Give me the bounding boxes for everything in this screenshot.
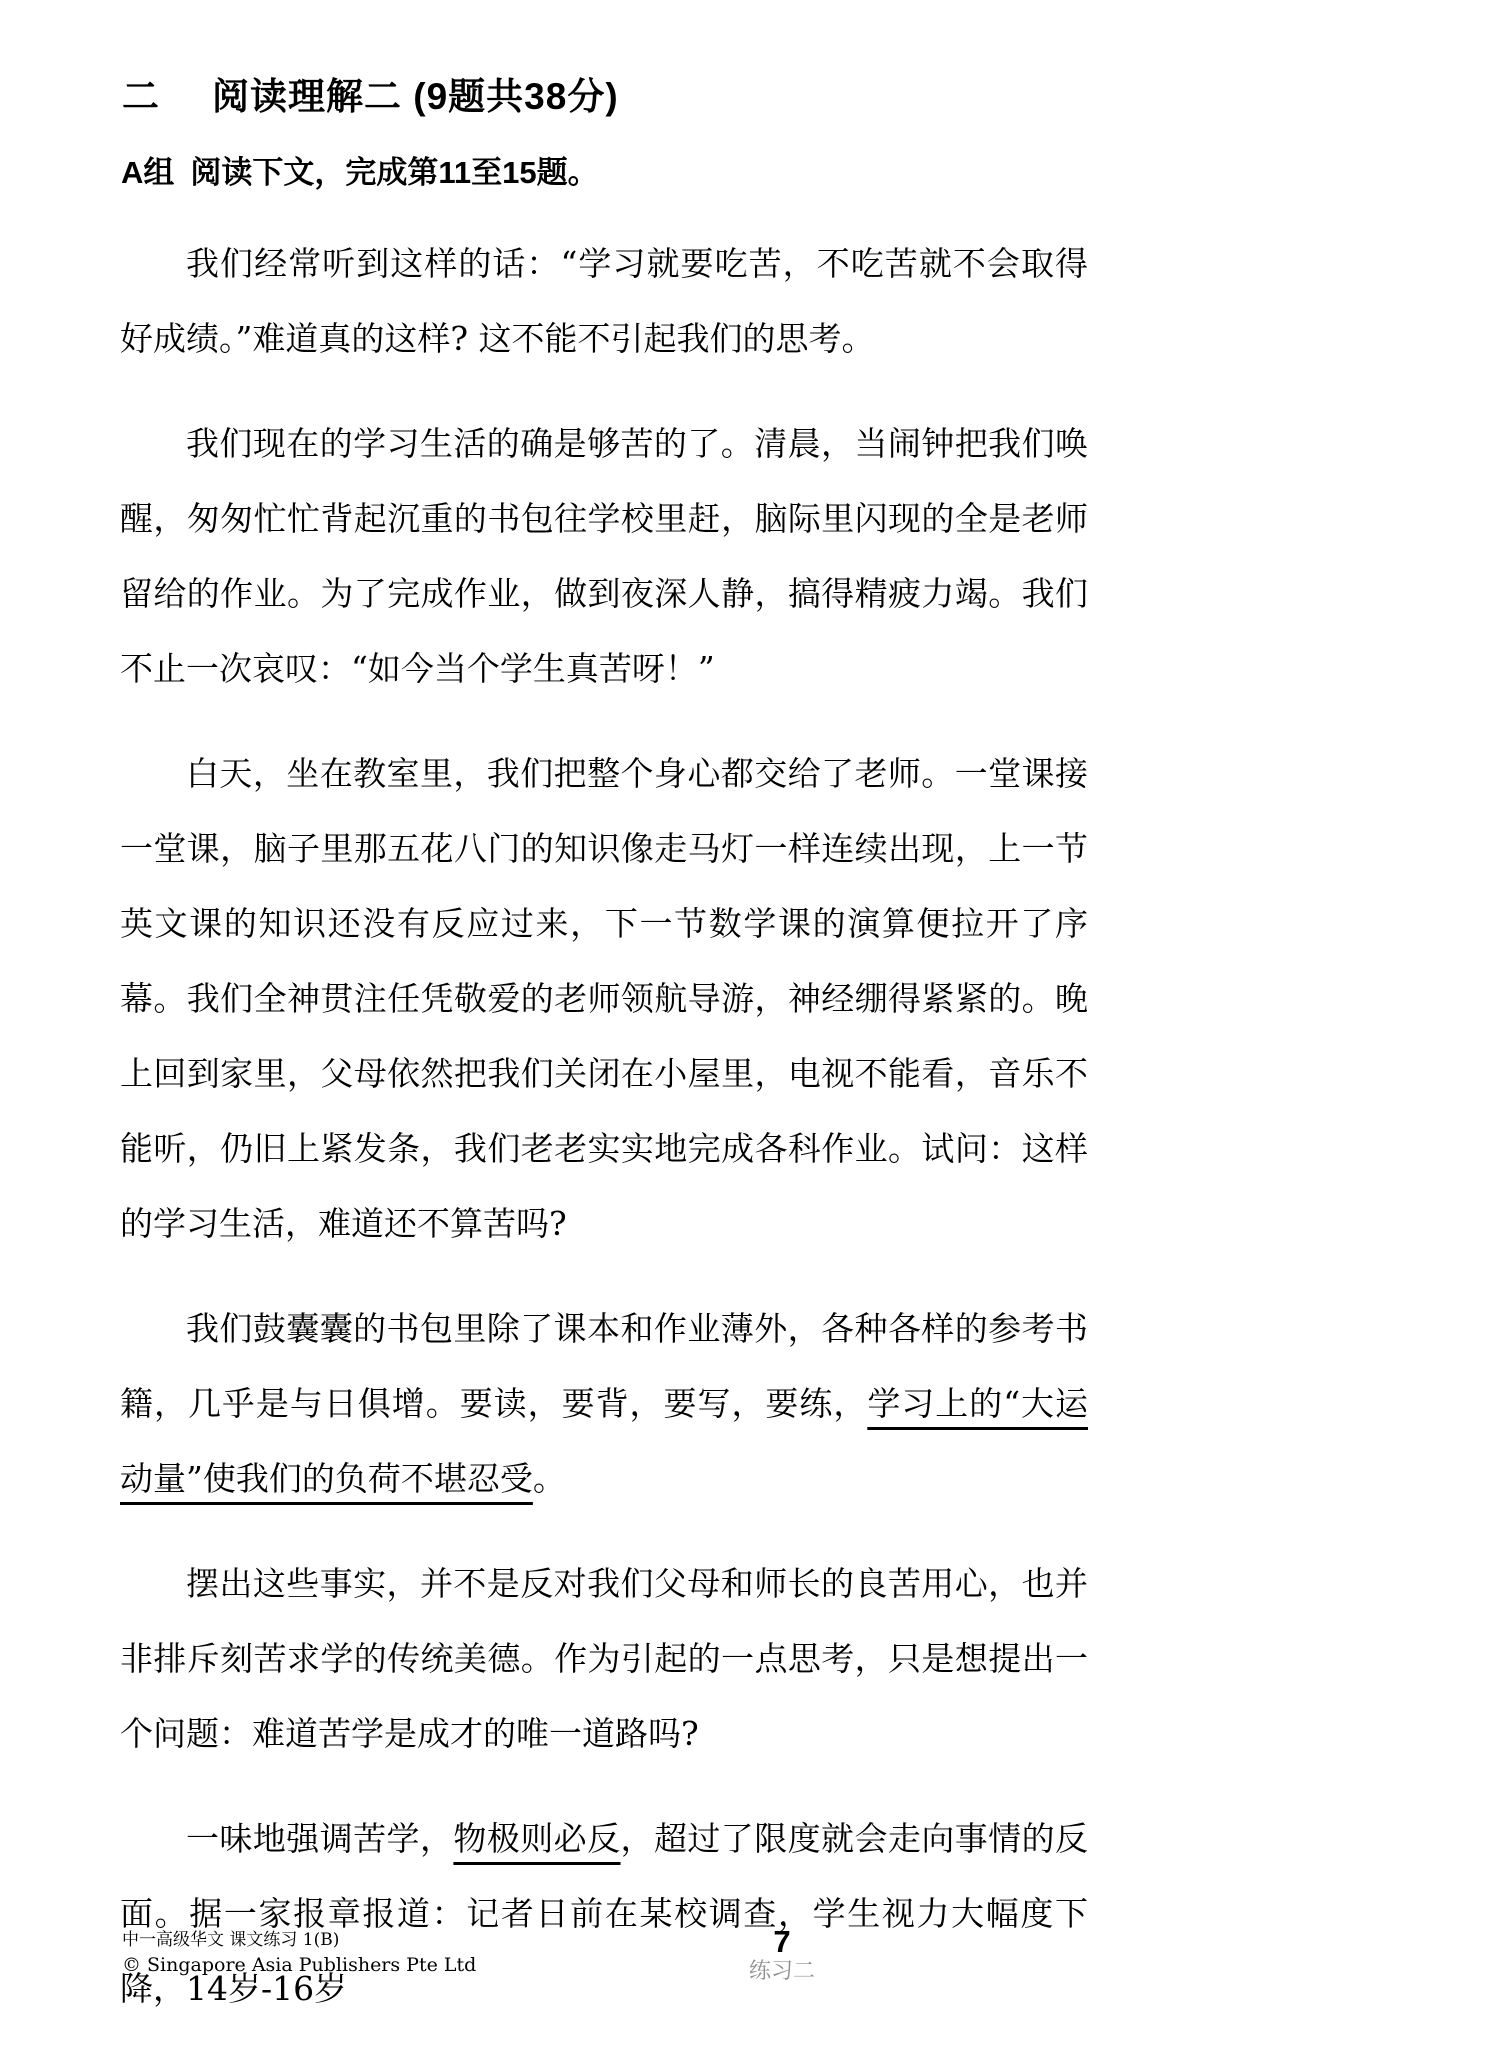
page-number: 7 — [702, 1925, 862, 1959]
passage-text: 一味地强调苦学， — [186, 1819, 453, 1858]
exercise-label: 练习二 — [702, 1959, 862, 1985]
group-instruction: 阅读下文，完成第11至15题。 — [190, 155, 598, 190]
passage-text: 我们现在的学习生活的确是够苦的了。清晨，当闹钟把我们唤醒，匆匆忙忙背起沉重的书包… — [120, 424, 1088, 688]
passage-paragraph: 一味地强调苦学，物极则必反，超过了限度就会走向事情的反面。据一家报章报道：记者日… — [120, 1801, 1088, 2026]
book-title: 中一高级华文 课文练习 1(B) — [122, 1928, 476, 1953]
passage-paragraph: 我们经常听到这样的话：“学习就要吃苦，不吃苦就不会取得好成绩。”难道真的这样? … — [120, 226, 1088, 376]
footer-pagination: 7 练习二 — [702, 1925, 862, 1985]
passage-paragraph: 我们鼓囊囊的书包里除了课本和作业薄外，各种各样的参考书籍，几乎是与日俱增。要读，… — [120, 1291, 1088, 1516]
passage-paragraph: 摆出这些事实，并不是反对我们父母和师长的良苦用心，也并非排斥刻苦求学的传统美德。… — [120, 1546, 1088, 1771]
passage-text: 。 — [533, 1459, 566, 1498]
passage-text: 白天，坐在教室里，我们把整个身心都交给了老师。一堂课接一堂课，脑子里那五花八门的… — [120, 754, 1088, 1243]
section-title: 阅读理解二 (9题共38分) — [212, 76, 619, 117]
document-page: 二阅读理解二 (9题共38分) A组阅读下文，完成第11至15题。 我们经常听到… — [0, 0, 1500, 2050]
passage-text: 摆出这些事实，并不是反对我们父母和师长的良苦用心，也并非排斥刻苦求学的传统美德。… — [120, 1564, 1088, 1753]
group-label: A组 — [121, 147, 174, 192]
passage-text: 我们经常听到这样的话：“学习就要吃苦，不吃苦就不会取得好成绩。”难道真的这样? … — [120, 244, 1088, 358]
section-heading: 二阅读理解二 (9题共38分) — [122, 66, 619, 120]
passage-paragraph: 白天，坐在教室里，我们把整个身心都交给了老师。一堂课接一堂课，脑子里那五花八门的… — [120, 736, 1088, 1261]
group-heading: A组阅读下文，完成第11至15题。 — [121, 147, 599, 192]
passage-body: 我们经常听到这样的话：“学习就要吃苦，不吃苦就不会取得好成绩。”难道真的这样? … — [120, 226, 1088, 2050]
copyright-line: © Singapore Asia Publishers Pte Ltd — [122, 1953, 476, 1978]
section-number: 二 — [122, 66, 160, 120]
passage-paragraph: 我们现在的学习生活的确是够苦的了。清晨，当闹钟把我们唤醒，匆匆忙忙背起沉重的书包… — [120, 406, 1088, 706]
footer-imprint: 中一高级华文 课文练习 1(B) © Singapore Asia Publis… — [122, 1928, 476, 1978]
underlined-phrase: 物极则必反 — [453, 1819, 620, 1858]
